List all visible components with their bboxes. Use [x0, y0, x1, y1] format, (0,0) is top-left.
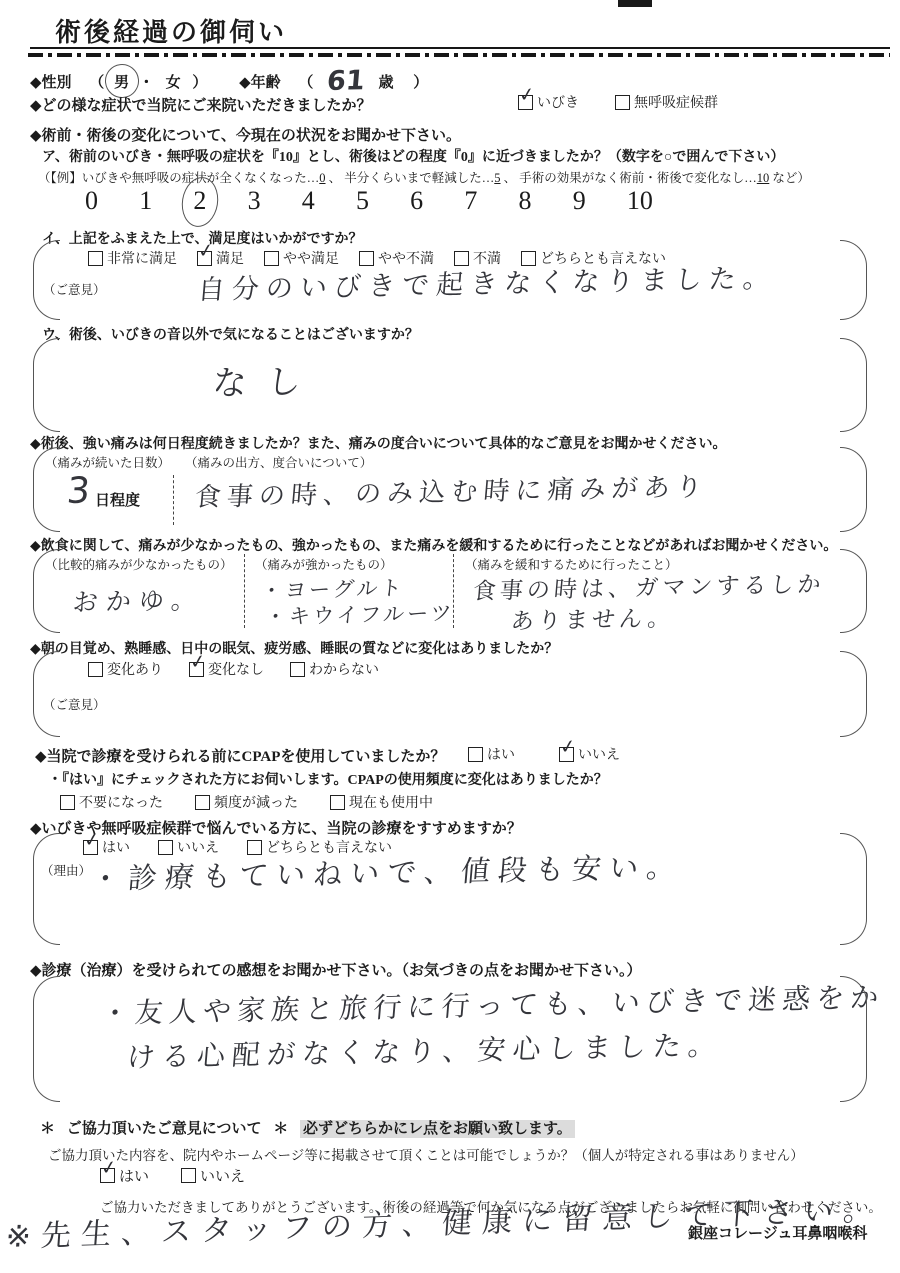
checkbox-label: 頻度が減った: [214, 792, 298, 812]
paren: ）: [192, 75, 207, 91]
change-example-line: （【例】いびきや無呼吸の症状が全くなくなった…0 、 半分くらいまで軽減した…5…: [38, 168, 810, 186]
pain-days-unit: 日程度: [95, 489, 140, 510]
pain-detail-label: （痛みの出方、度合いについて）: [185, 453, 372, 471]
pain-days-label: （痛みが続いた日数）: [45, 453, 170, 471]
scale-8[interactable]: 8: [519, 186, 532, 216]
check-icon: ✓: [559, 736, 577, 757]
paren: （: [298, 75, 313, 91]
eating-col3-line2-handwritten: ありません。: [510, 600, 676, 636]
example-10: 10: [757, 171, 770, 185]
checkbox-icon[interactable]: ✓: [518, 95, 533, 110]
opinion-label: （ご意見）: [43, 280, 106, 298]
separator-dot: ・: [139, 75, 154, 91]
age-value-handwritten: 61: [326, 65, 366, 97]
asterisk: ＊: [40, 1121, 55, 1137]
checkbox-icon[interactable]: [195, 795, 210, 810]
paren: （: [89, 75, 104, 91]
checkbox-icon[interactable]: [290, 662, 305, 677]
rating-scale: 0 1 2 3 4 5 6 7 8 9 10: [85, 186, 653, 216]
check-icon: ✓: [518, 84, 536, 105]
asterisk: ＊: [273, 1121, 288, 1137]
checkbox-label: 変化あり: [107, 659, 163, 679]
impressions-box: ・友人や家族と旅行に行っても、いびきで迷惑をか ける心配がなくなり、安心しました…: [33, 976, 867, 1102]
checkbox-icon[interactable]: [158, 840, 173, 855]
scale-2-circled[interactable]: 2: [193, 186, 206, 216]
title-underline: [30, 47, 890, 49]
cpap-q1-options: はい ✓いいえ: [468, 744, 620, 764]
checkbox-icon[interactable]: [181, 1168, 196, 1183]
eating-col2-line2-handwritten: ・キウイフルーツ: [264, 597, 456, 631]
concerns-box: なし: [33, 338, 867, 432]
eating-divider-1: [244, 554, 245, 628]
impressions-line2-handwritten: ける心配がなくなり、安心しました。: [125, 1024, 725, 1076]
cpap-question-2: ・『はい』にチェックされた方にお伺いします。CPAPの使用頻度に変化はありました…: [48, 769, 608, 789]
checkbox-change-yes[interactable]: 変化あり: [88, 659, 163, 679]
check-icon: ✓: [83, 829, 101, 850]
checkbox-label: いびき: [537, 92, 579, 112]
scan-artifact: [618, 0, 652, 7]
checkbox-label: はい: [119, 1165, 149, 1186]
checkbox-frequency-decreased[interactable]: 頻度が減った: [195, 792, 298, 812]
checkbox-label: はい: [487, 744, 515, 764]
recommend-box: ✓はい いいえ どちらとも言えない （理由） ・診療もていねいで、値段も安い。: [33, 833, 867, 945]
cpap-question-1: ◆当院で診療を受けられる前にCPAPを使用していましたか？: [35, 745, 445, 766]
checkbox-icon[interactable]: ✓: [189, 662, 204, 677]
scanned-questionnaire-page: 術後経過の御伺い ◆性別 （ 男 ・ 女 ） ◆年齢 （ 61 歳 ） ◆どの様…: [0, 0, 900, 1273]
scale-3[interactable]: 3: [248, 186, 261, 216]
paren: ）: [413, 75, 428, 91]
checkbox-publish-yes[interactable]: ✓はい: [100, 1165, 149, 1186]
pain-box: （痛みが続いた日数） （痛みの出方、度合いについて） 3 日程度 食事の時、のみ…: [33, 447, 867, 532]
checkbox-icon[interactable]: [615, 95, 630, 110]
visit-question: ◆どの様な症状で当院にご来院いただきましたか？: [30, 94, 372, 115]
example-text: （【例】いびきや無呼吸の症状が全くなくなった…: [38, 171, 319, 185]
checkbox-cpap-yes[interactable]: はい: [468, 744, 515, 764]
checkbox-icon[interactable]: [264, 251, 279, 266]
check-icon: ✓: [197, 240, 215, 261]
dash-dot-divider: [28, 53, 890, 57]
checkbox-icon[interactable]: [359, 251, 374, 266]
gender-label: ◆性別: [30, 75, 72, 91]
checkbox-label: 不要になった: [79, 792, 163, 812]
satisfaction-box: 非常に満足 ✓満足 やや満足 やや不満 不満 どちらとも言えない （ご意見） 自…: [33, 240, 867, 320]
checkbox-icon[interactable]: ✓: [83, 840, 98, 855]
scale-6[interactable]: 6: [410, 186, 423, 216]
checkbox-label: いいえ: [200, 1165, 245, 1186]
impressions-line1-handwritten: ・友人や家族と旅行に行っても、いびきで迷惑をか: [99, 976, 886, 1032]
sleep-box: 変化あり ✓変化なし わからない （ご意見）: [33, 651, 867, 737]
gender-female[interactable]: 女: [166, 75, 181, 91]
gender-male-circled[interactable]: 男: [114, 71, 129, 92]
checkbox-icon[interactable]: [468, 747, 483, 762]
pain-detail-handwritten: 食事の時、のみ込む時に痛みがあり: [193, 466, 709, 514]
checkbox-label: わからない: [309, 659, 379, 679]
checkbox-label: はい: [102, 837, 130, 857]
publish-question: ご協力頂いた内容を、院内やホームページ等に掲載させて頂くことは可能でしょうか？（…: [48, 1144, 804, 1164]
eating-col2-label: （痛みが強かったもの）: [255, 555, 393, 573]
footer-note: ＊ ご協力頂いたご意見について ＊ 必ずどちらかにレ点をお願い致します。: [40, 1117, 575, 1138]
age-label: ◆年齢: [239, 75, 281, 91]
scale-1[interactable]: 1: [139, 186, 152, 216]
eating-col1-answer-handwritten: おかゆ。: [71, 580, 205, 619]
checkbox-unknown[interactable]: わからない: [290, 659, 379, 679]
scale-7[interactable]: 7: [464, 186, 477, 216]
concerns-answer-handwritten: なし: [211, 354, 323, 405]
checkbox-label: 変化なし: [208, 659, 264, 679]
checkbox-icon[interactable]: ✓: [559, 747, 574, 762]
checkbox-icon[interactable]: [88, 662, 103, 677]
checkbox-label: 非常に満足: [107, 248, 177, 268]
checkbox-icon[interactable]: [60, 795, 75, 810]
checkbox-satisfied[interactable]: ✓満足: [197, 248, 244, 268]
checkbox-no-longer-needed[interactable]: 不要になった: [60, 792, 163, 812]
check-icon: ✓: [100, 1158, 118, 1179]
checkbox-label: 無呼吸症候群: [634, 92, 718, 112]
footer-note-bold: 必ずどちらかにレ点をお願い致します。: [300, 1120, 575, 1138]
checkbox-label: 現在も使用中: [349, 792, 433, 812]
change-question-a: ア、術前のいびき・無呼吸の症状を『10』とし、術後はどの程度『0』に近づきました…: [42, 146, 784, 166]
clinic-name: 銀座コレージュ耳鼻咽喉科: [688, 1222, 867, 1243]
checkbox-icon[interactable]: ✓: [197, 251, 212, 266]
cpap-q2-options: 不要になった 頻度が減った 現在も使用中: [60, 792, 433, 812]
eating-box: （比較的痛みが少なかったもの） おかゆ。 （痛みが強かったもの） ・ヨーグルト …: [33, 549, 867, 633]
checkbox-icon[interactable]: ✓: [100, 1168, 115, 1183]
footer-note-label: ご協力頂いたご意見について: [67, 1121, 262, 1137]
checkbox-still-using[interactable]: 現在も使用中: [330, 792, 433, 812]
checkbox-cpap-no[interactable]: ✓いいえ: [559, 744, 620, 764]
eating-col1-label: （比較的痛みが少なかったもの）: [45, 555, 233, 573]
checkbox-label: いいえ: [578, 744, 620, 764]
checkbox-change-no[interactable]: ✓変化なし: [189, 659, 264, 679]
sleep-options: 変化あり ✓変化なし わからない: [88, 659, 379, 679]
scale-5[interactable]: 5: [356, 186, 369, 216]
profile-row: ◆性別 （ 男 ・ 女 ） ◆年齢 （ 61 歳 ）: [30, 63, 428, 94]
visit-options: ✓ いびき 無呼吸症候群: [518, 92, 718, 112]
checkbox-icon[interactable]: [88, 251, 103, 266]
pain-days-handwritten: 3: [65, 471, 91, 512]
checkbox-snoring[interactable]: ✓ いびき: [518, 92, 579, 112]
checkbox-very-satisfied[interactable]: 非常に満足: [88, 248, 177, 268]
sleep-opinion-label: （ご意見）: [43, 695, 106, 713]
scale-10[interactable]: 10: [627, 186, 653, 216]
scale-9[interactable]: 9: [573, 186, 586, 216]
scale-0[interactable]: 0: [85, 186, 98, 216]
example-text: 、 半分くらいまで軽減した…: [326, 171, 495, 185]
checkbox-label: 満足: [216, 248, 244, 268]
checkbox-icon[interactable]: [330, 795, 345, 810]
publish-options: ✓はい いいえ: [100, 1165, 245, 1186]
example-text: 、 手術の効果がなく術前・術後で変化なし…: [501, 171, 757, 185]
reason-label: （理由）: [41, 861, 91, 879]
checkbox-recommend-yes[interactable]: ✓はい: [83, 837, 130, 857]
age-unit: 歳: [379, 75, 394, 91]
pain-divider: [173, 475, 174, 525]
checkbox-icon[interactable]: [247, 840, 262, 855]
change-heading: ◆術前・術後の変化について、今現在の状況をお聞かせ下さい。: [30, 124, 461, 145]
checkbox-publish-no[interactable]: いいえ: [181, 1165, 245, 1186]
example-text: など）: [769, 171, 810, 185]
check-icon: ✓: [189, 651, 207, 672]
scale-4[interactable]: 4: [302, 186, 315, 216]
page-title: 術後経過の御伺い: [55, 12, 287, 49]
checkbox-apnea[interactable]: 無呼吸症候群: [615, 92, 718, 112]
